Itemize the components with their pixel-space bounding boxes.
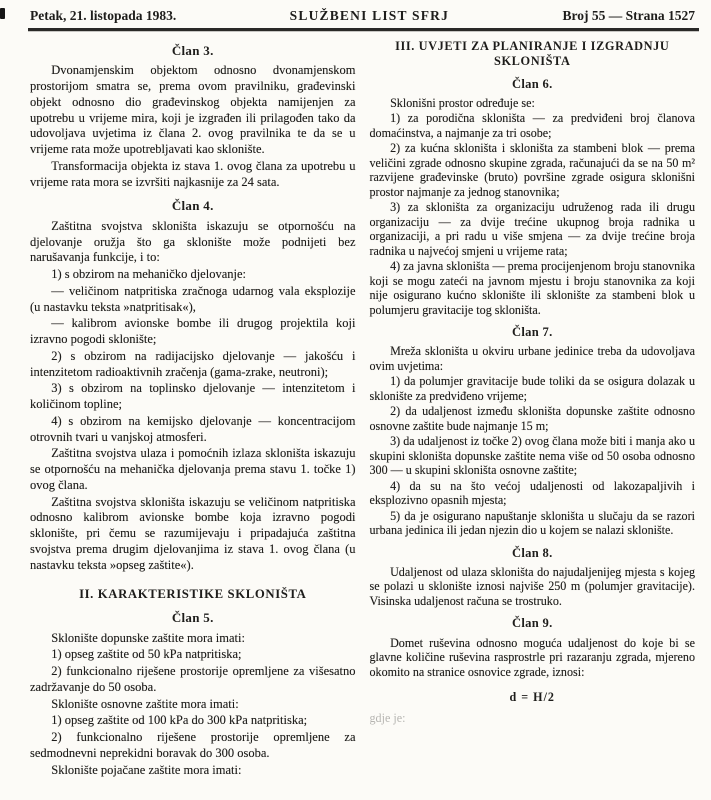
paragraph: 2) funkcionalno riješene prostorije opre… bbox=[30, 664, 356, 696]
paragraph: Mreža skloništa u okviru urbane jedinice… bbox=[370, 344, 696, 373]
header-issue-page: Broj 55 — Strana 1527 bbox=[562, 8, 695, 24]
paragraph: 4) s obzirom na kemijsko djelovanje — ko… bbox=[30, 414, 356, 446]
article-heading: Član 3. bbox=[30, 43, 356, 59]
paragraph: 1) opseg zaštite od 100 kPa do 300 kPa n… bbox=[30, 713, 356, 729]
paragraph: Udaljenost od ulaza skloništa do najudal… bbox=[370, 565, 696, 609]
paragraph: 4) za javna skloništa — prema procijenje… bbox=[370, 259, 696, 317]
paragraph: Zaštitna svojstva skloništa iskazuju se … bbox=[30, 495, 356, 574]
paragraph: 1) opseg zaštite od 50 kPa natpritiska; bbox=[30, 647, 356, 663]
article-heading: Član 9. bbox=[370, 616, 696, 631]
formula: d = H/2 bbox=[370, 690, 696, 705]
article-heading: Član 8. bbox=[370, 546, 696, 561]
section-heading: II. KARAKTERISTIKE SKLONIŠTA bbox=[38, 586, 348, 602]
article-heading: Član 4. bbox=[30, 198, 356, 214]
cut-off-line: gdje je: bbox=[370, 711, 696, 726]
paragraph: Sklonište osnovne zaštite mora imati: bbox=[30, 697, 356, 713]
paragraph: 1) da polumjer gravitacije bude toliki d… bbox=[370, 374, 696, 403]
paragraph: Sklonište pojačane zaštite mora imati: bbox=[30, 763, 356, 779]
paragraph: 2) za kućna skloništa i skloništa za sta… bbox=[370, 141, 696, 199]
paragraph: 3) za skloništa za organizaciju udruženo… bbox=[370, 200, 696, 258]
paragraph: Dvonamjenskim objektom odnosno dvonamjen… bbox=[30, 63, 356, 158]
paragraph: 5) da je osigurano napuštanje skloništa … bbox=[370, 509, 696, 538]
paragraph: — kalibrom avionske bombe ili drugog pro… bbox=[30, 316, 356, 348]
paragraph: 4) da su na što većoj udaljenosti od lak… bbox=[370, 479, 696, 508]
text-columns: Član 3.Dvonamjenskim objektom odnosno dv… bbox=[0, 31, 711, 779]
header-date: Petak, 21. listopada 1983. bbox=[30, 8, 176, 24]
paragraph: Sklonište dopunske zaštite mora imati: bbox=[30, 631, 356, 647]
right-column: III. UVJETI ZA PLANIRANJE I IZGRADNJU SK… bbox=[370, 35, 696, 779]
article-heading: Član 7. bbox=[370, 325, 696, 340]
paragraph: 2) funkcionalno riješene prostorije opre… bbox=[30, 730, 356, 762]
gazette-title: SLUŽBENI LIST SFRJ bbox=[290, 8, 449, 24]
paragraph: 1) s obzirom na mehaničko djelovanje: bbox=[30, 267, 356, 283]
paragraph: Sklonišni prostor određuje se: bbox=[370, 96, 696, 111]
paragraph: — veličinom natpritiska zračnoga udarnog… bbox=[30, 284, 356, 316]
left-column: Član 3.Dvonamjenskim objektom odnosno dv… bbox=[30, 35, 356, 779]
scan-artifact bbox=[0, 8, 5, 19]
page-header: Petak, 21. listopada 1983. SLUŽBENI LIST… bbox=[0, 0, 711, 27]
paragraph: 2) da udaljenost između skloništa dopuns… bbox=[370, 404, 696, 433]
paragraph: Transformacija objekta iz stava 1. ovog … bbox=[30, 159, 356, 191]
section-heading: III. UVJETI ZA PLANIRANJE I IZGRADNJU SK… bbox=[378, 39, 688, 69]
paragraph: 1) za porodična skloništa — za predviđen… bbox=[370, 111, 696, 140]
gazette-page: Petak, 21. listopada 1983. SLUŽBENI LIST… bbox=[0, 0, 711, 800]
paragraph: Domet ruševina odnosno moguća udaljenost… bbox=[370, 636, 696, 680]
article-heading: Član 6. bbox=[370, 77, 696, 92]
paragraph: 2) s obzirom na radijacijsko djelovanje … bbox=[30, 349, 356, 381]
paragraph: Zaštitna svojstva skloništa iskazuju se … bbox=[30, 219, 356, 266]
paragraph: 3) s obzirom na toplinsko djelovanje — i… bbox=[30, 381, 356, 413]
paragraph: 3) da udaljenost iz točke 2) ovog člana … bbox=[370, 434, 696, 478]
article-heading: Član 5. bbox=[30, 610, 356, 626]
paragraph: Zaštitna svojstva ulaza i pomoćnih izlaz… bbox=[30, 446, 356, 493]
